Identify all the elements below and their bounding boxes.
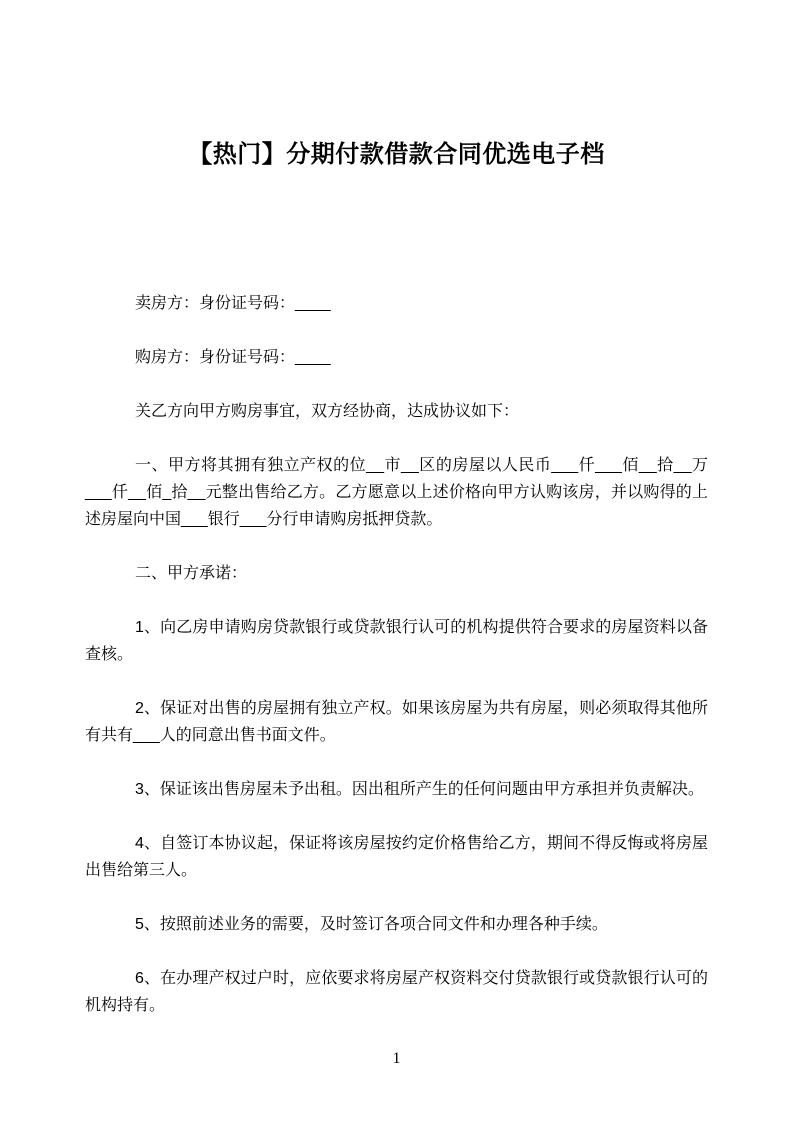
paragraph-promise-4: 4、自签订本协议起，保证将该房屋按约定价格售给乙方，期间不得反悔或将房屋出售给第… [85,830,708,884]
paragraph-intro: 关乙方向甲方购房事宜，双方经协商，达成协议如下： [85,398,708,425]
paragraph-promise-1: 1、向乙房申请购房贷款银行或贷款银行认可的机构提供符合要求的房屋资料以备查核。 [85,614,708,668]
document-body: 卖房方：身份证号码：____ 购房方：身份证号码：____ 关乙方向甲方购房事宜… [0,290,793,1019]
paragraph-promise-6: 6、在办理产权过户时，应依要求将房屋产权资料交付贷款银行或贷款银行认可的机构持有… [85,965,708,1019]
paragraph-clause-1: 一、甲方将其拥有独立产权的位__市__区的房屋以人民币___仟___佰__拾__… [85,452,708,533]
paragraph-promise-5: 5、按照前述业务的需要，及时签订各项合同文件和办理各种手续。 [85,911,708,938]
paragraph-promise-3: 3、保证该出售房屋未予出租。因出租所产生的任何问题由甲方承担并负责解决。 [85,776,708,803]
page-number: 1 [0,1048,793,1070]
document-page: 【热门】分期付款借款合同优选电子档 卖房方：身份证号码：____ 购房方：身份证… [0,0,793,1122]
paragraph-seller-line: 卖房方：身份证号码：____ [85,290,708,317]
document-title: 【热门】分期付款借款合同优选电子档 [0,0,793,172]
paragraph-clause-2-heading: 二、甲方承诺： [85,560,708,587]
paragraph-promise-2: 2、保证对出售的房屋拥有独立产权。如果该房屋为共有房屋，则必须取得其他所有共有_… [85,695,708,749]
paragraph-buyer-line: 购房方：身份证号码：____ [85,344,708,371]
